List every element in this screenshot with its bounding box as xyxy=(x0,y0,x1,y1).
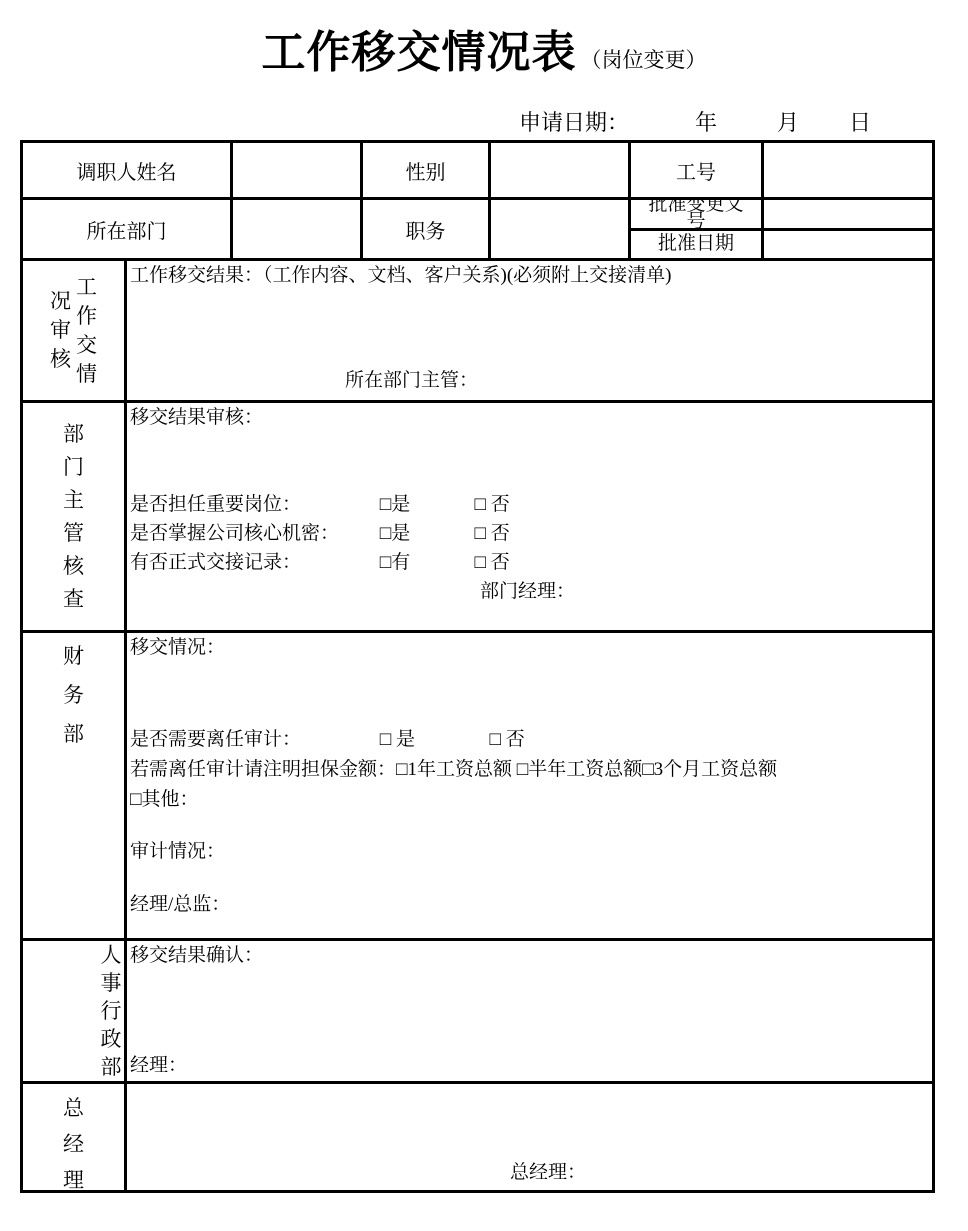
dept-supervisor-signature-label: 所在部门主管： xyxy=(345,368,928,394)
section-handover-review: 工作交情 况审核 工作移交结果：（工作内容、文档、客户关系)(必须附上交接清单)… xyxy=(23,261,932,403)
checkbox-no[interactable]: □ 否 xyxy=(475,494,510,515)
checkbox-yes[interactable]: □是 xyxy=(380,490,470,519)
application-date-label: 申请日期： xyxy=(519,106,629,137)
finance-body: 移交情况： 是否需要离任审计： □ 是 □ 否 若需离任审计请注明担保金额：□1… xyxy=(127,633,932,938)
transfer-person-name-value-cell[interactable] xyxy=(233,143,363,197)
date-month-label: 月 xyxy=(777,106,799,137)
manager-director-signature-label: 经理/总监： xyxy=(130,892,928,918)
department-label: 所在部门 xyxy=(23,200,233,258)
approval-doc-no-label: 批准变更文号 xyxy=(631,200,764,228)
general-manager-body: 总经理： xyxy=(127,1084,932,1190)
guarantee-amount-line: 若需离任审计请注明担保金额：□1年工资总额 □半年工资总额□3个月工资总额 xyxy=(130,755,928,785)
dept-manager-check-body: 移交结果审核： 是否担任重要岗位： □是 □ 否 是否掌握公司核心机密： □是 … xyxy=(127,403,932,630)
section-header-general-manager: 总经理 xyxy=(23,1084,127,1190)
approval-date-row: 批准日期 xyxy=(631,231,932,258)
info-row-2: 所在部门 职务 批准变更文号 批准日期 xyxy=(23,200,932,261)
hr-manager-signature-label: 经理： xyxy=(130,1053,928,1079)
department-value-cell[interactable] xyxy=(233,200,363,258)
section-hr-admin: 人事行政部 移交结果确认： 经理： xyxy=(23,941,932,1084)
application-date-line: 申请日期： 年 月 日 xyxy=(519,106,871,137)
checkbox-no[interactable]: □ 否 xyxy=(475,552,510,573)
section-header-hr-admin: 人事行政部 xyxy=(23,941,127,1081)
header-col-2: 况审核 xyxy=(48,287,74,374)
page-title-row: 工作移交情况表 （岗位变更） xyxy=(0,16,968,80)
employee-no-value-cell[interactable] xyxy=(764,143,932,197)
question-list: 是否担任重要岗位： □是 □ 否 是否掌握公司核心机密： □是 □ 否 有否正式… xyxy=(130,490,928,577)
position-label: 职务 xyxy=(363,200,491,258)
handover-review-body: 工作移交结果：（工作内容、文档、客户关系)(必须附上交接清单) 所在部门主管： xyxy=(127,261,932,400)
date-year-label: 年 xyxy=(695,106,717,137)
audit-status-label: 审计情况： xyxy=(130,839,928,865)
date-day-label: 日 xyxy=(849,106,871,137)
transfer-result-review-label: 移交结果审核： xyxy=(130,405,928,431)
transfer-result-confirm-label: 移交结果确认： xyxy=(130,943,928,969)
approval-doc-row: 批准变更文号 xyxy=(631,200,932,231)
section-header-handover-review: 工作交情 况审核 xyxy=(23,261,127,400)
transfer-status-label: 移交情况： xyxy=(130,635,928,661)
section-header-dept-manager-check: 部门主管核查 xyxy=(23,403,127,630)
form-table: 调职人姓名 性别 工号 所在部门 职务 批准变更文号 xyxy=(20,140,935,1193)
form-page: 工作移交情况表 （岗位变更） 申请日期： 年 月 日 调职人姓名 性别 工号 所… xyxy=(0,0,968,1231)
section-dept-manager-check: 部门主管核查 移交结果审核： 是否担任重要岗位： □是 □ 否 是否掌握公司核心… xyxy=(23,403,932,633)
approval-doc-no-value-cell[interactable] xyxy=(764,200,932,228)
position-value-cell[interactable] xyxy=(491,200,631,258)
question-core-secrets: 是否掌握公司核心机密： □是 □ 否 xyxy=(130,519,928,548)
question-formal-handover-record: 有否正式交接记录： □有 □ 否 xyxy=(130,548,928,577)
question-exit-audit: 是否需要离任审计： □ 是 □ 否 xyxy=(130,725,928,755)
checkbox-yes[interactable]: □ 是 xyxy=(380,725,485,755)
checkbox-have[interactable]: □有 xyxy=(380,548,470,577)
page-subtitle: （岗位变更） xyxy=(581,48,707,72)
approval-date-value-cell[interactable] xyxy=(764,231,932,258)
hr-admin-body: 移交结果确认： 经理： xyxy=(127,941,932,1081)
approval-date-label: 批准日期 xyxy=(631,231,764,258)
header-col-1: 工作交情 xyxy=(74,273,100,389)
gender-value-cell[interactable] xyxy=(491,143,631,197)
checkbox-yes[interactable]: □是 xyxy=(380,519,470,548)
section-header-finance: 财务部 xyxy=(23,633,127,938)
info-row-1: 调职人姓名 性别 工号 xyxy=(23,143,932,200)
transfer-person-name-label: 调职人姓名 xyxy=(23,143,233,197)
page-title: 工作移交情况表 xyxy=(262,28,577,77)
employee-no-label: 工号 xyxy=(631,143,764,197)
question-important-post: 是否担任重要岗位： □是 □ 否 xyxy=(130,490,928,519)
approval-block: 批准变更文号 批准日期 xyxy=(631,200,932,258)
checkbox-no[interactable]: □ 否 xyxy=(490,729,525,750)
checkbox-other[interactable]: □其他： xyxy=(130,785,928,815)
general-manager-signature-label: 总经理： xyxy=(510,1160,928,1186)
section-finance: 财务部 移交情况： 是否需要离任审计： □ 是 □ 否 若需离任审计请注明担保金… xyxy=(23,633,932,941)
gender-label: 性别 xyxy=(363,143,491,197)
section-general-manager: 总经理 总经理： xyxy=(23,1084,932,1190)
handover-result-label: 工作移交结果：（工作内容、文档、客户关系)(必须附上交接清单) xyxy=(130,263,928,289)
checkbox-no[interactable]: □ 否 xyxy=(475,523,510,544)
dept-manager-signature-label: 部门经理： xyxy=(480,579,928,605)
